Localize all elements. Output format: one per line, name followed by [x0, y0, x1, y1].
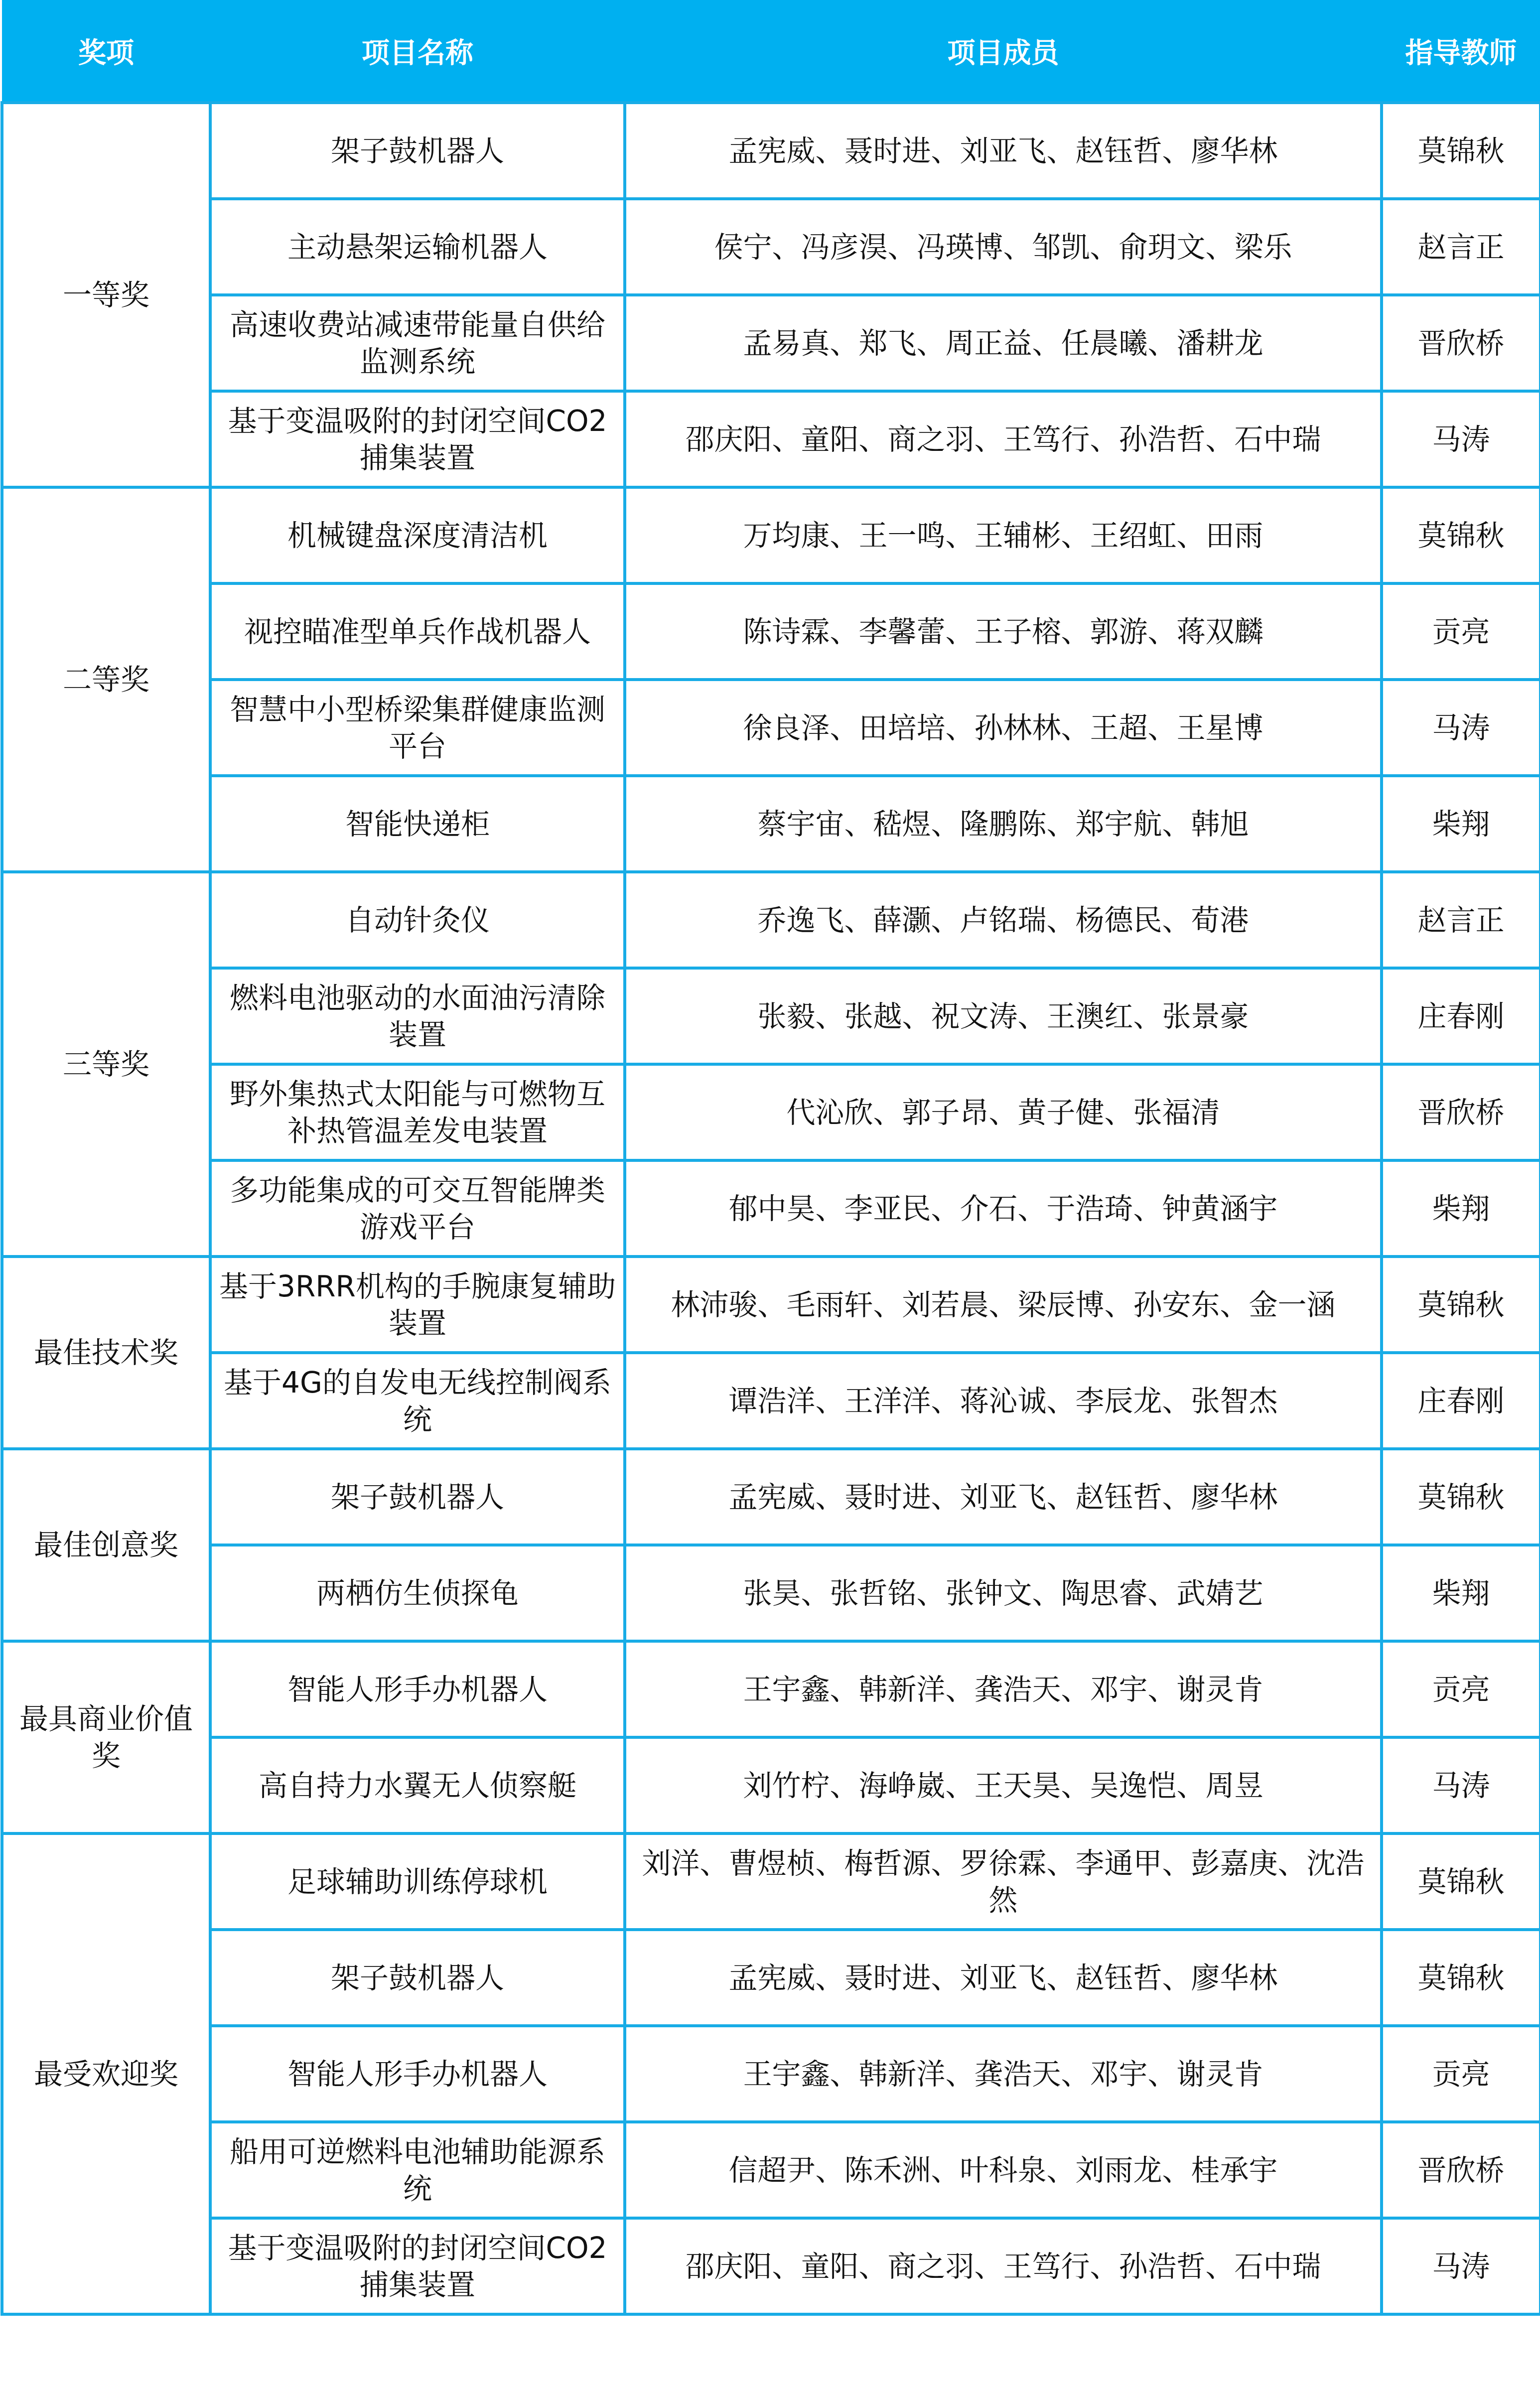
members-cell: 侯宁、冯彦淏、冯瑛博、邹凯、俞玥文、梁乐 — [625, 199, 1382, 295]
awards-table: 奖项 项目名称 项目成员 指导教师 一等奖架子鼓机器人孟宪威、聂时进、刘亚飞、赵… — [0, 0, 1540, 2316]
project-name-cell: 基于变温吸附的封闭空间CO2捕集装置 — [210, 2218, 625, 2314]
table-row: 一等奖架子鼓机器人孟宪威、聂时进、刘亚飞、赵钰哲、廖华林莫锦秋 — [2, 103, 1540, 199]
advisor-cell: 马涛 — [1382, 391, 1540, 487]
advisor-cell: 贡亮 — [1382, 583, 1540, 680]
members-cell: 邵庆阳、童阳、商之羽、王笃行、孙浩哲、石中瑞 — [625, 2218, 1382, 2314]
project-name-cell: 主动悬架运输机器人 — [210, 199, 625, 295]
table-row: 最具商业价值奖智能人形手办机器人王宇鑫、韩新洋、龚浩天、邓宇、谢灵肯贡亮 — [2, 1641, 1540, 1737]
table-row: 基于变温吸附的封闭空间CO2捕集装置邵庆阳、童阳、商之羽、王笃行、孙浩哲、石中瑞… — [2, 2218, 1540, 2314]
project-name-cell: 野外集热式太阳能与可燃物互补热管温差发电装置 — [210, 1064, 625, 1160]
advisor-cell: 晋欣桥 — [1382, 295, 1540, 391]
project-name-cell: 智慧中小型桥梁集群健康监测平台 — [210, 680, 625, 776]
award-cell: 三等奖 — [2, 872, 210, 1257]
project-name-cell: 两栖仿生侦探龟 — [210, 1545, 625, 1641]
header-row: 奖项 项目名称 项目成员 指导教师 — [2, 0, 1540, 103]
members-cell: 邵庆阳、童阳、商之羽、王笃行、孙浩哲、石中瑞 — [625, 391, 1382, 487]
table-row: 视控瞄准型单兵作战机器人陈诗霖、李馨蕾、王子榕、郭游、蒋双麟贡亮 — [2, 583, 1540, 680]
members-cell: 王宇鑫、韩新洋、龚浩天、邓宇、谢灵肯 — [625, 1641, 1382, 1737]
header-members: 项目成员 — [625, 0, 1382, 103]
table-row: 最佳技术奖基于3RRR机构的手腕康复辅助装置林沛骏、毛雨轩、刘若晨、梁辰博、孙安… — [2, 1257, 1540, 1353]
members-cell: 谭浩洋、王洋洋、蒋沁诚、李辰龙、张智杰 — [625, 1353, 1382, 1449]
table-row: 智能人形手办机器人王宇鑫、韩新洋、龚浩天、邓宇、谢灵肯贡亮 — [2, 2026, 1540, 2122]
table-row: 高自持力水翼无人侦察艇刘竹柠、海峥崴、王天昊、吴逸恺、周昱马涛 — [2, 1737, 1540, 1833]
members-cell: 张毅、张越、祝文涛、王澳红、张景豪 — [625, 968, 1382, 1064]
project-name-cell: 足球辅助训练停球机 — [210, 1833, 625, 1930]
project-name-cell: 高速收费站减速带能量自供给监测系统 — [210, 295, 625, 391]
project-name-cell: 智能快递柜 — [210, 776, 625, 872]
advisor-cell: 赵言正 — [1382, 199, 1540, 295]
advisor-cell: 莫锦秋 — [1382, 1449, 1540, 1545]
award-cell: 最具商业价值奖 — [2, 1641, 210, 1833]
members-cell: 万均康、王一鸣、王辅彬、王绍虹、田雨 — [625, 487, 1382, 583]
members-cell: 郁中昊、李亚民、介石、于浩琦、钟黄涵宇 — [625, 1160, 1382, 1257]
award-cell: 最佳技术奖 — [2, 1257, 210, 1449]
table-row: 燃料电池驱动的水面油污清除装置张毅、张越、祝文涛、王澳红、张景豪庄春刚 — [2, 968, 1540, 1064]
advisor-cell: 赵言正 — [1382, 872, 1540, 968]
members-cell: 乔逸飞、薛灏、卢铭瑞、杨德民、荀港 — [625, 872, 1382, 968]
advisor-cell: 马涛 — [1382, 1737, 1540, 1833]
table-row: 三等奖自动针灸仪乔逸飞、薛灏、卢铭瑞、杨德民、荀港赵言正 — [2, 872, 1540, 968]
table-row: 两栖仿生侦探龟张昊、张哲铭、张钟文、陶思睿、武婧艺柴翔 — [2, 1545, 1540, 1641]
advisor-cell: 柴翔 — [1382, 1545, 1540, 1641]
project-name-cell: 架子鼓机器人 — [210, 103, 625, 199]
members-cell: 刘洋、曹煜桢、梅哲源、罗徐霖、李通甲、彭嘉庚、沈浩然 — [625, 1833, 1382, 1930]
advisor-cell: 柴翔 — [1382, 1160, 1540, 1257]
members-cell: 陈诗霖、李馨蕾、王子榕、郭游、蒋双麟 — [625, 583, 1382, 680]
award-cell: 最佳创意奖 — [2, 1449, 210, 1641]
advisor-cell: 贡亮 — [1382, 2026, 1540, 2122]
members-cell: 孟宪威、聂时进、刘亚飞、赵钰哲、廖华林 — [625, 103, 1382, 199]
table-row: 基于4G的自发电无线控制阀系统谭浩洋、王洋洋、蒋沁诚、李辰龙、张智杰庄春刚 — [2, 1353, 1540, 1449]
advisor-cell: 莫锦秋 — [1382, 1833, 1540, 1930]
advisor-cell: 柴翔 — [1382, 776, 1540, 872]
project-name-cell: 船用可逆燃料电池辅助能源系统 — [210, 2122, 625, 2218]
members-cell: 孟易真、郑飞、周正益、任晨曦、潘耕龙 — [625, 295, 1382, 391]
table-row: 智能快递柜蔡宇宙、嵇煜、隆鹏陈、郑宇航、韩旭柴翔 — [2, 776, 1540, 872]
table-row: 架子鼓机器人孟宪威、聂时进、刘亚飞、赵钰哲、廖华林莫锦秋 — [2, 1930, 1540, 2026]
members-cell: 徐良泽、田培培、孙林林、王超、王星博 — [625, 680, 1382, 776]
table-row: 最佳创意奖架子鼓机器人孟宪威、聂时进、刘亚飞、赵钰哲、廖华林莫锦秋 — [2, 1449, 1540, 1545]
project-name-cell: 智能人形手办机器人 — [210, 1641, 625, 1737]
project-name-cell: 架子鼓机器人 — [210, 1930, 625, 2026]
members-cell: 代沁欣、郭子昂、黄子健、张福清 — [625, 1064, 1382, 1160]
project-name-cell: 多功能集成的可交互智能牌类游戏平台 — [210, 1160, 625, 1257]
members-cell: 林沛骏、毛雨轩、刘若晨、梁辰博、孙安东、金一涵 — [625, 1257, 1382, 1353]
table-row: 多功能集成的可交互智能牌类游戏平台郁中昊、李亚民、介石、于浩琦、钟黄涵宇柴翔 — [2, 1160, 1540, 1257]
table-row: 主动悬架运输机器人侯宁、冯彦淏、冯瑛博、邹凯、俞玥文、梁乐赵言正 — [2, 199, 1540, 295]
project-name-cell: 燃料电池驱动的水面油污清除装置 — [210, 968, 625, 1064]
project-name-cell: 高自持力水翼无人侦察艇 — [210, 1737, 625, 1833]
project-name-cell: 基于3RRR机构的手腕康复辅助装置 — [210, 1257, 625, 1353]
advisor-cell: 晋欣桥 — [1382, 2122, 1540, 2218]
advisor-cell: 莫锦秋 — [1382, 487, 1540, 583]
advisor-cell: 贡亮 — [1382, 1641, 1540, 1737]
members-cell: 蔡宇宙、嵇煜、隆鹏陈、郑宇航、韩旭 — [625, 776, 1382, 872]
members-cell: 信超尹、陈禾洲、叶科泉、刘雨龙、桂承宇 — [625, 2122, 1382, 2218]
header-project: 项目名称 — [210, 0, 625, 103]
advisor-cell: 马涛 — [1382, 2218, 1540, 2314]
advisor-cell: 马涛 — [1382, 680, 1540, 776]
project-name-cell: 基于变温吸附的封闭空间CO2捕集装置 — [210, 391, 625, 487]
advisor-cell: 庄春刚 — [1382, 1353, 1540, 1449]
table-row: 二等奖机械键盘深度清洁机万均康、王一鸣、王辅彬、王绍虹、田雨莫锦秋 — [2, 487, 1540, 583]
advisor-cell: 莫锦秋 — [1382, 103, 1540, 199]
advisor-cell: 晋欣桥 — [1382, 1064, 1540, 1160]
table-row: 基于变温吸附的封闭空间CO2捕集装置邵庆阳、童阳、商之羽、王笃行、孙浩哲、石中瑞… — [2, 391, 1540, 487]
header-award: 奖项 — [2, 0, 210, 103]
table-row: 野外集热式太阳能与可燃物互补热管温差发电装置代沁欣、郭子昂、黄子健、张福清晋欣桥 — [2, 1064, 1540, 1160]
header-advisor: 指导教师 — [1382, 0, 1540, 103]
table-row: 船用可逆燃料电池辅助能源系统信超尹、陈禾洲、叶科泉、刘雨龙、桂承宇晋欣桥 — [2, 2122, 1540, 2218]
project-name-cell: 智能人形手办机器人 — [210, 2026, 625, 2122]
project-name-cell: 视控瞄准型单兵作战机器人 — [210, 583, 625, 680]
advisor-cell: 莫锦秋 — [1382, 1930, 1540, 2026]
members-cell: 王宇鑫、韩新洋、龚浩天、邓宇、谢灵肯 — [625, 2026, 1382, 2122]
award-cell: 一等奖 — [2, 103, 210, 487]
project-name-cell: 架子鼓机器人 — [210, 1449, 625, 1545]
advisor-cell: 莫锦秋 — [1382, 1257, 1540, 1353]
advisor-cell: 庄春刚 — [1382, 968, 1540, 1064]
table-row: 智慧中小型桥梁集群健康监测平台徐良泽、田培培、孙林林、王超、王星博马涛 — [2, 680, 1540, 776]
members-cell: 刘竹柠、海峥崴、王天昊、吴逸恺、周昱 — [625, 1737, 1382, 1833]
project-name-cell: 机械键盘深度清洁机 — [210, 487, 625, 583]
table-row: 高速收费站减速带能量自供给监测系统孟易真、郑飞、周正益、任晨曦、潘耕龙晋欣桥 — [2, 295, 1540, 391]
members-cell: 孟宪威、聂时进、刘亚飞、赵钰哲、廖华林 — [625, 1449, 1382, 1545]
project-name-cell: 自动针灸仪 — [210, 872, 625, 968]
award-cell: 最受欢迎奖 — [2, 1833, 210, 2314]
members-cell: 张昊、张哲铭、张钟文、陶思睿、武婧艺 — [625, 1545, 1382, 1641]
members-cell: 孟宪威、聂时进、刘亚飞、赵钰哲、廖华林 — [625, 1930, 1382, 2026]
project-name-cell: 基于4G的自发电无线控制阀系统 — [210, 1353, 625, 1449]
table-row: 最受欢迎奖足球辅助训练停球机刘洋、曹煜桢、梅哲源、罗徐霖、李通甲、彭嘉庚、沈浩然… — [2, 1833, 1540, 1930]
award-cell: 二等奖 — [2, 487, 210, 872]
